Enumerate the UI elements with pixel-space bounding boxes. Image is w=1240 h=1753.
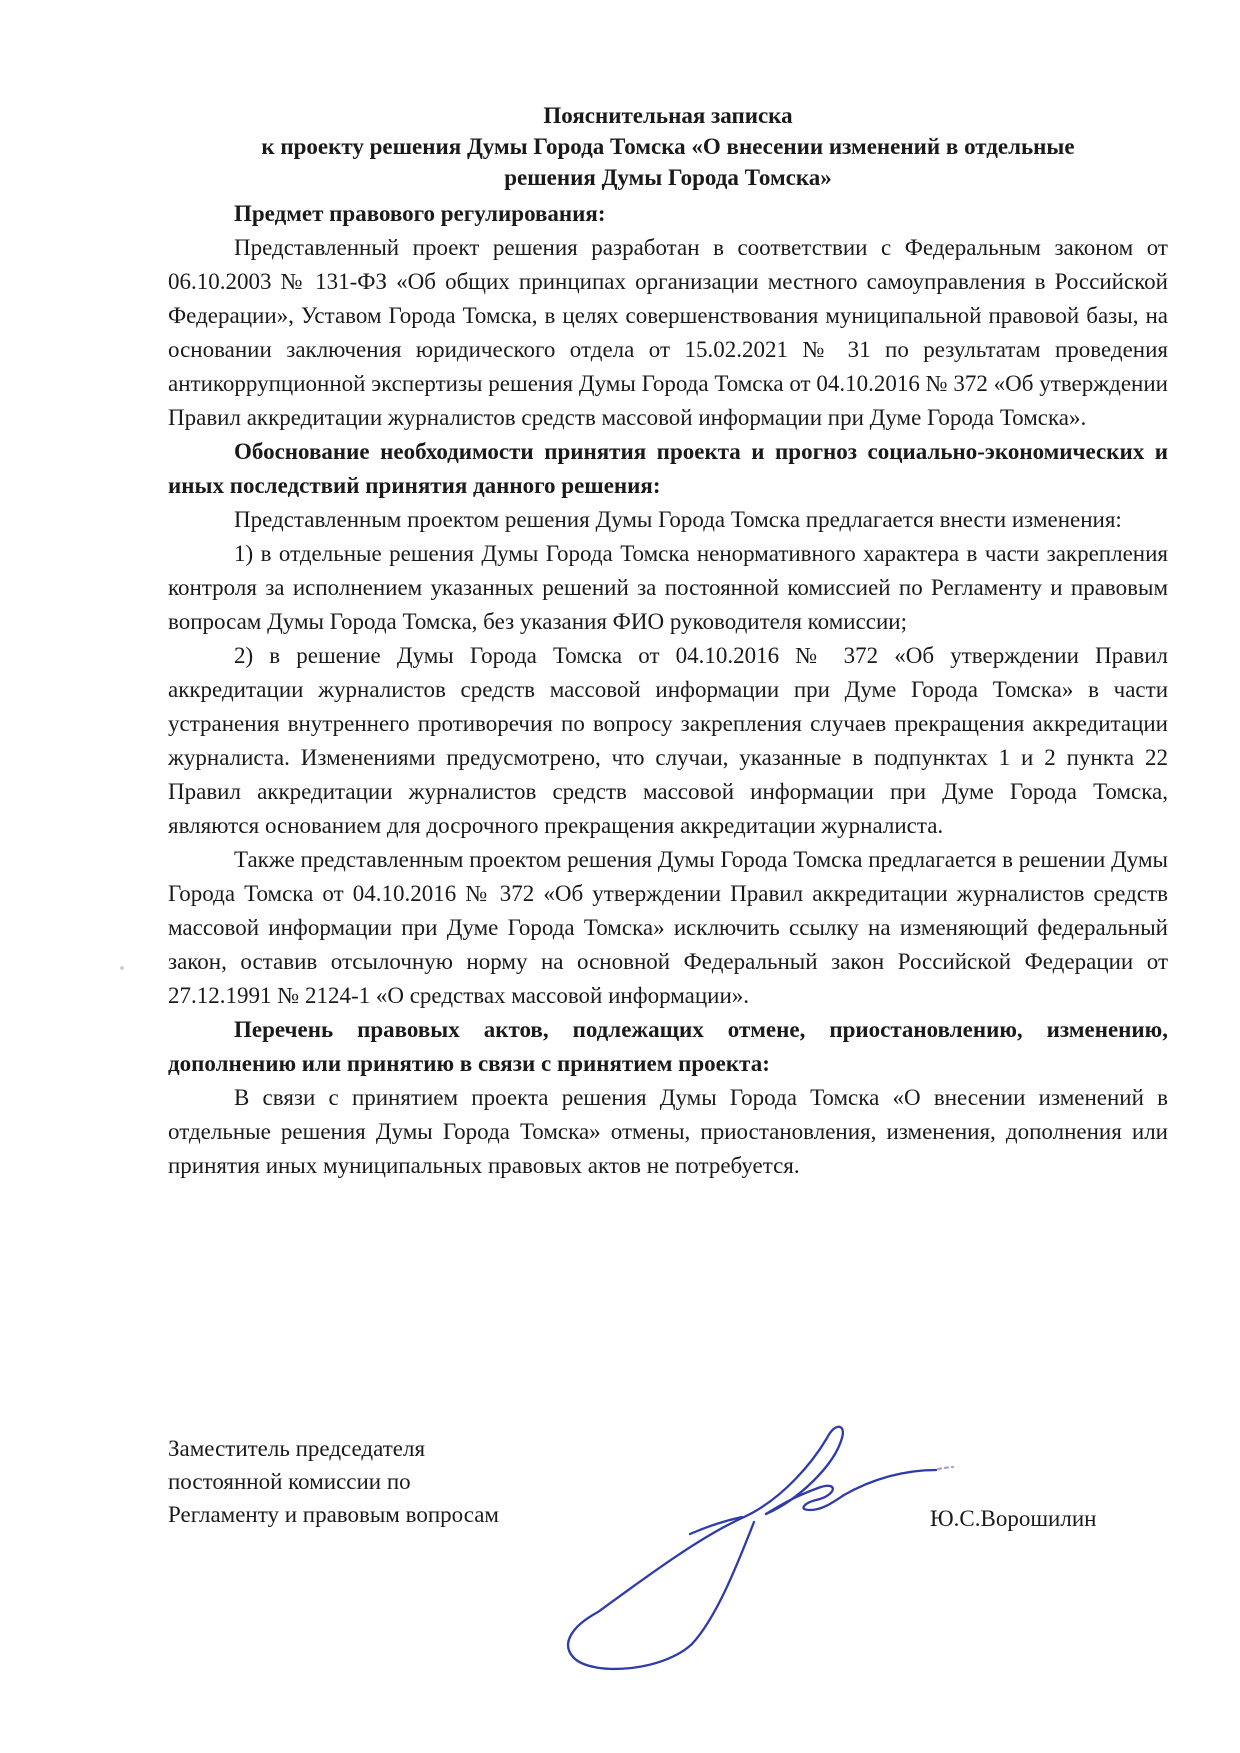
section-heading: Обоснование необходимости принятия проек… <box>168 435 1168 503</box>
document-title-line: решения Думы Города Томска» <box>168 162 1168 193</box>
document-page: Пояснительная записка к проекту решения … <box>0 0 1240 1753</box>
body-paragraph: Представленный проект решения разработан… <box>168 231 1168 435</box>
section-heading: Предмет правового регулирования: <box>168 197 1168 231</box>
body-paragraph-list-item: 1) в отдельные решения Думы Города Томск… <box>168 537 1168 639</box>
body-paragraph: Также представленным проектом решения Ду… <box>168 843 1168 1013</box>
body-paragraph: В связи с принятием проекта решения Думы… <box>168 1081 1168 1183</box>
signatory-name: Ю.С.Ворошилин <box>930 1506 1096 1532</box>
signature-stroke <box>766 1470 936 1514</box>
scan-speck <box>120 966 124 970</box>
document-body: Предмет правового регулирования: Предста… <box>168 197 1168 1183</box>
handwritten-signature <box>540 1400 960 1680</box>
document-title-line: к проекту решения Думы Города Томска «О … <box>168 131 1168 162</box>
document-title-line: Пояснительная записка <box>168 100 1168 131</box>
section-heading: Перечень правовых актов, подлежащих отме… <box>168 1013 1168 1081</box>
signature-stroke <box>568 1427 843 1669</box>
document-title: Пояснительная записка к проекту решения … <box>168 100 1168 193</box>
body-paragraph: Представленным проектом решения Думы Гор… <box>168 503 1168 537</box>
body-paragraph-list-item: 2) в решение Думы Города Томска от 04.10… <box>168 639 1168 843</box>
signature-stroke <box>938 1467 953 1469</box>
